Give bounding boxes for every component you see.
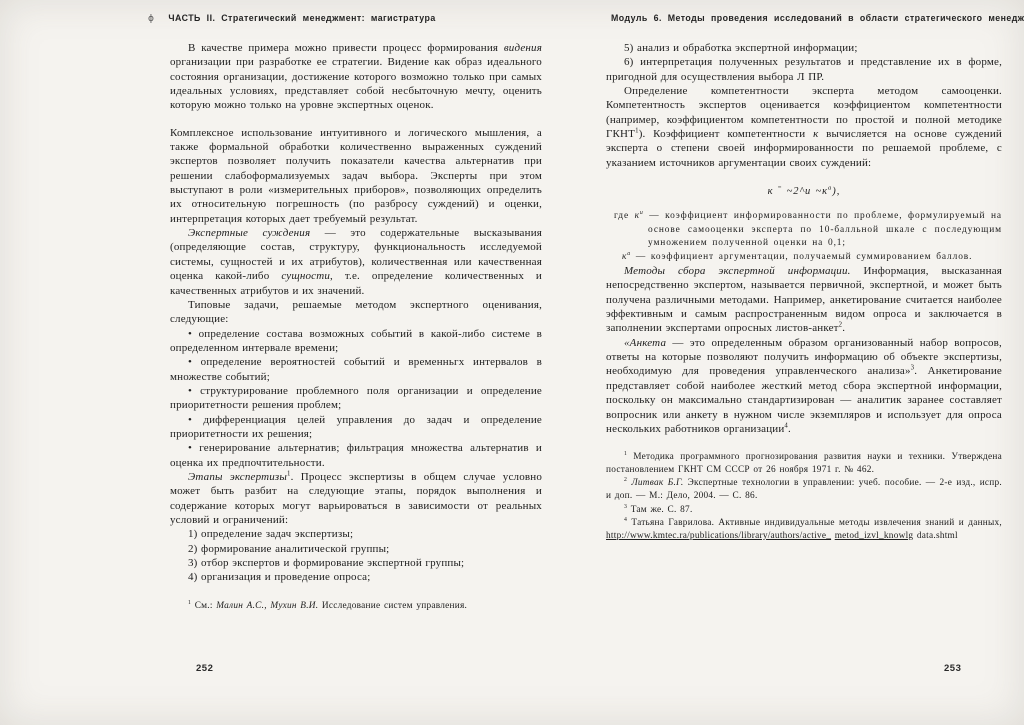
- paragraph: • генерирование альтернатив; фильтрация …: [170, 441, 542, 470]
- footnote: 2 Литвак Б.Г. Экспертные технологии в уп…: [606, 477, 1002, 503]
- paragraph: 1) определение задач экспертизы;: [170, 527, 542, 541]
- book-spread: ϕЧАСТЬ II. Стратегический менеджмент: ма…: [0, 0, 1024, 725]
- paragraph: 5) анализ и обработка экспертной информа…: [606, 41, 1002, 55]
- paragraph: • определение состава возможных событий …: [170, 327, 542, 356]
- paragraph: В качестве примера можно привести процес…: [170, 41, 542, 113]
- page-number-left: 252: [196, 663, 213, 674]
- page-number-right: 253: [944, 663, 961, 674]
- paragraph: «Анкета — это определенным образом орган…: [606, 336, 1002, 436]
- footnote: 1 См.: Малин А.С., Мухин В.И. Исследован…: [170, 600, 542, 613]
- formula: к = ~2^и ~ка),: [606, 185, 1002, 199]
- running-header-right: Модуль 6. Методы проведения исследований…: [611, 13, 1024, 24]
- paragraph: Экспертные суждения — это содержательные…: [170, 226, 542, 298]
- footnote: 3 Там же. С. 87.: [606, 504, 1002, 517]
- paragraph: • дифференциация целей управления до зад…: [170, 413, 542, 442]
- paragraph: • определение вероятностей событий и вре…: [170, 355, 542, 384]
- paragraph: где ки — коэффициент информированности п…: [606, 210, 1002, 250]
- running-header-right-text: Модуль 6. Методы проведения исследований…: [611, 13, 1024, 23]
- running-header-left-text: ЧАСТЬ II. Стратегический менеджмент: маг…: [168, 13, 435, 23]
- paragraph: Методы сбора экспертной информации. Инфо…: [606, 264, 1002, 336]
- paragraph: Комплексное использование интуитивного и…: [170, 126, 542, 226]
- paragraph: Этапы экспертизы1. Процесс экспертизы в …: [170, 470, 542, 527]
- footnote: 1 Методика программного прогнозирования …: [606, 451, 1002, 477]
- paragraph: 6) интерпретация полученных результатов …: [606, 55, 1002, 84]
- page-left-text-column: В качестве примера можно привести процес…: [170, 41, 542, 613]
- flourish-icon: ϕ: [148, 14, 154, 24]
- paragraph: 3) отбор экспертов и формирование экспер…: [170, 556, 542, 570]
- paragraph: • структурирование проблемного поля орга…: [170, 384, 542, 413]
- paragraph: Типовые задачи, решаемые методом эксперт…: [170, 298, 542, 327]
- paragraph: Определение компетентности эксперта мето…: [606, 84, 1002, 170]
- paragraph: 2) формирование аналитической группы;: [170, 542, 542, 556]
- paragraph: ка — коэффициент аргументации, получаемы…: [606, 251, 1002, 264]
- page-right-text-column: 5) анализ и обработка экспертной информа…: [606, 41, 1002, 543]
- running-header-left: ϕЧАСТЬ II. Стратегический менеджмент: ма…: [148, 13, 436, 24]
- paragraph: 4) организация и проведение опроса;: [170, 570, 542, 584]
- footnote: 4 Татьяна Гаврилова. Активные индивидуал…: [606, 517, 1002, 543]
